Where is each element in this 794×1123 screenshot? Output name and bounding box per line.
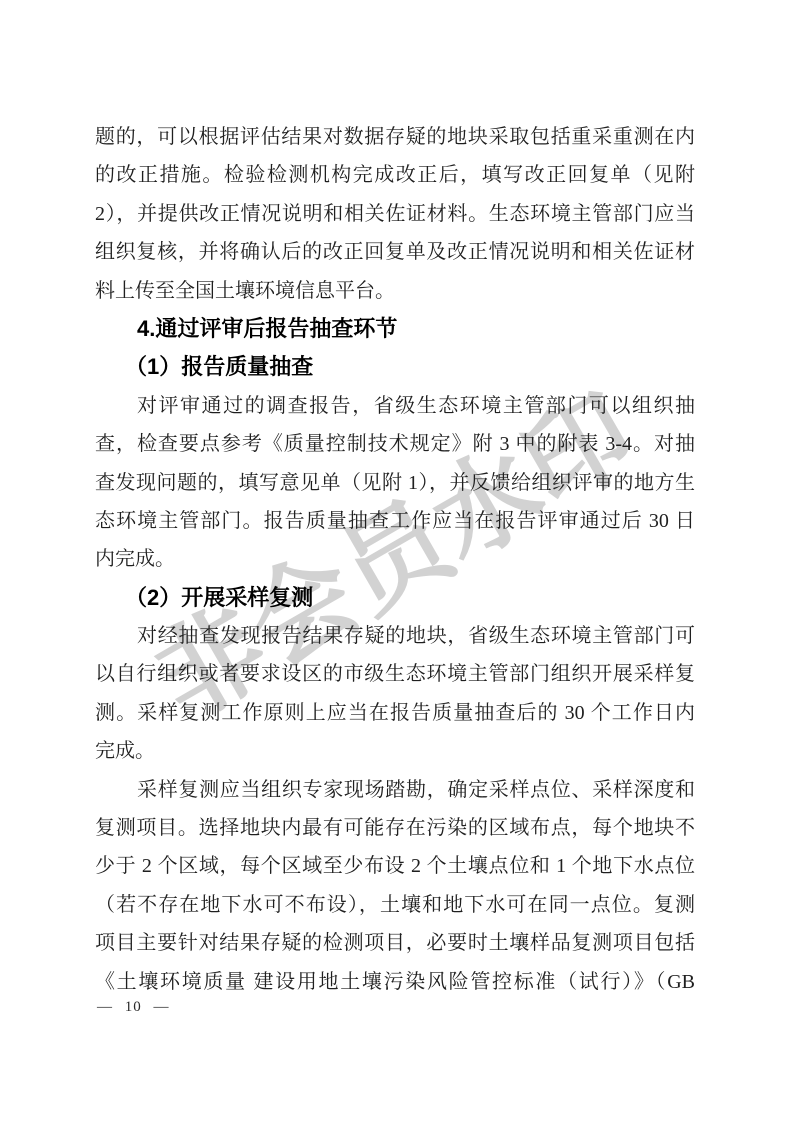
body-text-line: 组织复核，并将确认后的改正回复单及改正情况说明和相关佐证材 (95, 233, 695, 271)
heading-line: （1）报告质量抽查 (95, 348, 695, 386)
body-text-line: 态环境主管部门。报告质量抽查工作应当在报告评审通过后 30 日 (95, 502, 695, 540)
page-number: — 10 — (97, 996, 170, 1018)
body-text-line: 对经抽查发现报告结果存疑的地块，省级生态环境主管部门可 (95, 617, 695, 655)
body-text-line: 料上传至全国土壤环境信息平台。 (95, 272, 695, 310)
body-text-line: 以自行组织或者要求设区的市级生态环境主管部门组织开展采样复 (95, 655, 695, 693)
document-body: 题的，可以根据评估结果对数据存疑的地块采取包括重采重测在内的改正措施。检验检测机… (95, 118, 695, 1001)
body-text-line: 对评审通过的调查报告，省级生态环境主管部门可以组织抽 (95, 387, 695, 425)
body-text-line: 的改正措施。检验检测机构完成改正后，填写改正回复单（见附 (95, 156, 695, 194)
body-text-line: 查发现问题的，填写意见单（见附 1），并反馈给组织评审的地方生 (95, 464, 695, 502)
body-text-line: 少于 2 个区域，每个区域至少布设 2 个土壤点位和 1 个地下水点位 (95, 847, 695, 885)
document-page: 非会员水印 题的，可以根据评估结果对数据存疑的地块采取包括重采重测在内的改正措施… (0, 0, 794, 1123)
body-text-line: 题的，可以根据评估结果对数据存疑的地块采取包括重采重测在内 (95, 118, 695, 156)
body-text-line: 复测项目。选择地块内最有可能存在污染的区域布点，每个地块不 (95, 809, 695, 847)
body-text-line: 《土壤环境质量 建设用地土壤污染风险管控标准（试行）》（GB (95, 963, 695, 1001)
body-text-line: 测。采样复测工作原则上应当在报告质量抽查后的 30 个工作日内 (95, 694, 695, 732)
body-text-line: 内完成。 (95, 540, 695, 578)
body-text-line: 2），并提供改正情况说明和相关佐证材料。生态环境主管部门应当 (95, 195, 695, 233)
heading-line: （2）开展采样复测 (95, 579, 695, 617)
body-text-line: 查，检查要点参考《质量控制技术规定》附 3 中的附表 3-4。对抽 (95, 425, 695, 463)
body-text-line: 项目主要针对结果存疑的检测项目，必要时土壤样品复测项目包括 (95, 924, 695, 962)
body-text-line: （若不存在地下水可不布设），土壤和地下水可在同一点位。复测 (95, 886, 695, 924)
heading-line: 4.通过评审后报告抽查环节 (95, 310, 695, 348)
body-text-line: 采样复测应当组织专家现场踏勘，确定采样点位、采样深度和 (95, 771, 695, 809)
body-text-line: 完成。 (95, 732, 695, 770)
